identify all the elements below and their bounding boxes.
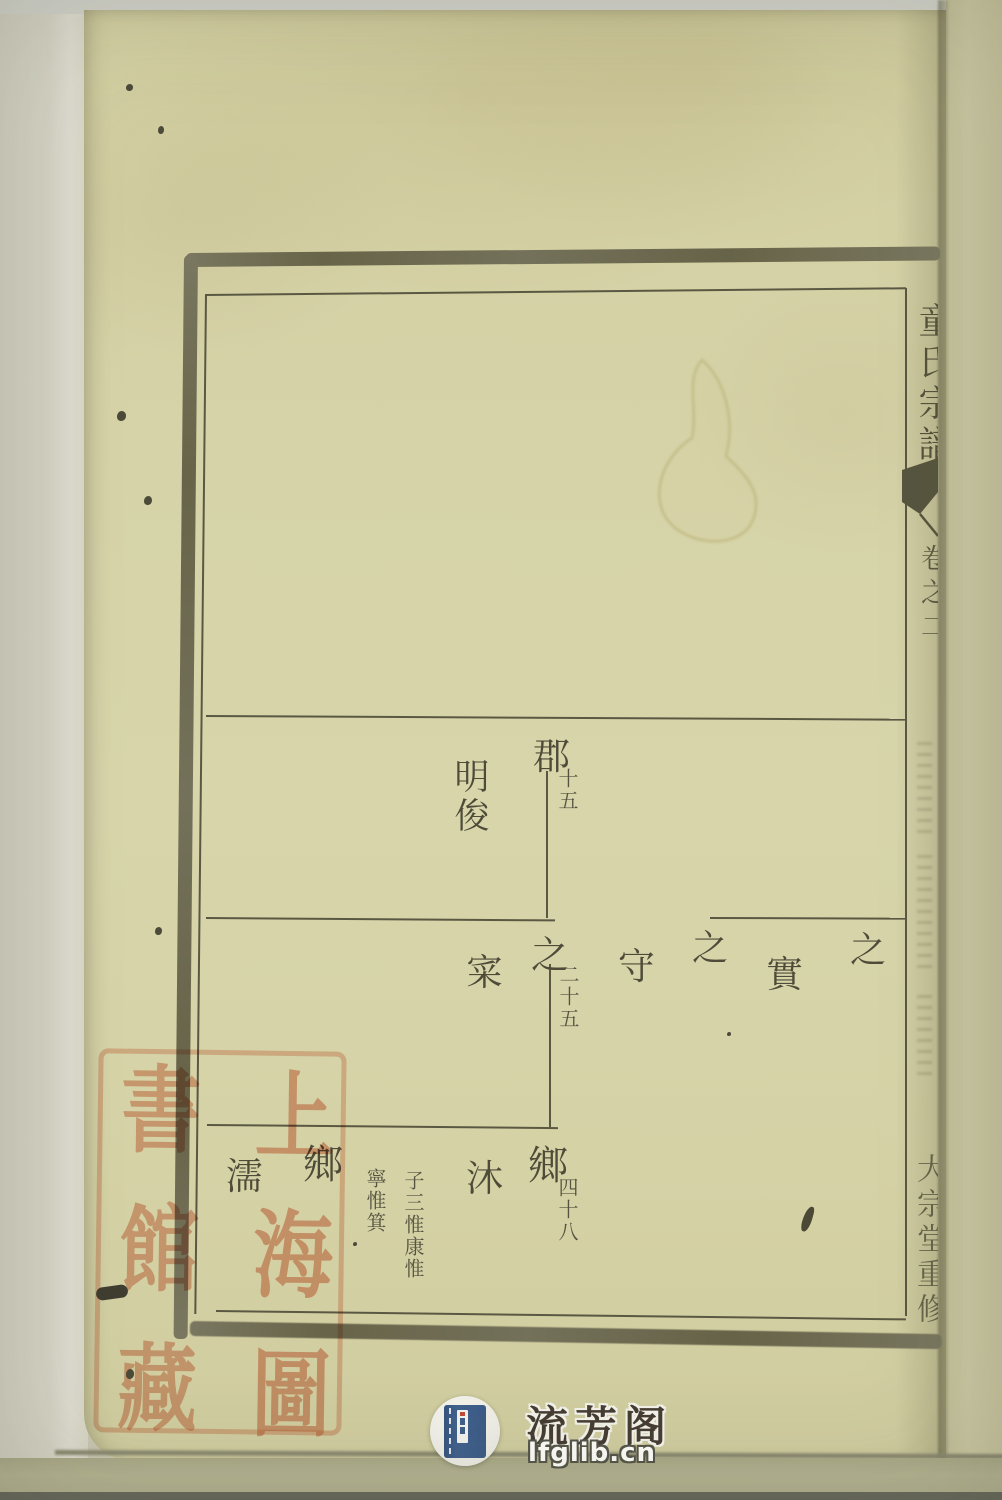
rank-number-upper: 十五 xyxy=(556,768,576,812)
name-low-1: 沐 xyxy=(466,1148,503,1202)
speck-8 xyxy=(353,1242,357,1246)
scanned-genealogy-page: 郡 十五 明俊 之 實 之 守 之 二十五 寀 鄉 四十八 沐 子三惟康惟 寧惟… xyxy=(0,0,1002,1500)
descent-line-middle xyxy=(549,964,551,1127)
fishtail-mark xyxy=(902,458,938,550)
rank-number-mid-3: 二十五 xyxy=(557,964,577,1030)
children-note-col1: 子三惟康惟 xyxy=(402,1170,422,1280)
imprint-label: 大宗堂重修 xyxy=(913,1153,938,1328)
name-mid-2: 守 xyxy=(618,936,655,990)
book-label-strip xyxy=(457,1410,468,1443)
book-stitch-line xyxy=(449,1408,451,1454)
speck-4 xyxy=(144,496,152,505)
faint-fold-text-3 xyxy=(917,995,932,1075)
seal-right-column: 上海圖 xyxy=(243,1065,328,1483)
faint-fold-text-1 xyxy=(917,742,932,837)
descent-line-upper xyxy=(546,771,548,918)
speck-7 xyxy=(727,1032,731,1036)
underlying-sheet-left xyxy=(0,0,88,1500)
speck-5 xyxy=(155,927,162,935)
name-mid-1: 實 xyxy=(766,944,803,998)
name-mid-3: 寀 xyxy=(466,942,503,996)
speck-6 xyxy=(126,1369,134,1379)
book-title: 童氏宗譜 xyxy=(916,302,938,466)
fold-column: 童氏宗譜 卷之二 大宗堂重修 xyxy=(902,250,938,1340)
adjacent-leaf-right xyxy=(946,0,1002,1500)
speck-1 xyxy=(126,84,133,91)
watermark-site-domain: lfglib.cn xyxy=(528,1438,656,1468)
speck-2 xyxy=(158,126,164,134)
volume-label: 卷之二 xyxy=(918,544,938,646)
book-icon xyxy=(444,1405,486,1458)
rank-number-low-1: 四十八 xyxy=(556,1177,576,1243)
faint-fold-text-2 xyxy=(917,855,932,975)
name-upper: 明俊 xyxy=(452,758,487,836)
water-stain xyxy=(640,350,800,565)
site-watermark: 流芳阁 lfglib.cn xyxy=(430,1394,690,1468)
rank-char-mid-2: 之 xyxy=(692,920,728,971)
photo-bottom-strip xyxy=(0,1492,1002,1500)
watermark-badge xyxy=(430,1396,500,1466)
speck-3 xyxy=(117,411,126,421)
rank-char-mid-1: 之 xyxy=(850,922,886,973)
children-note-col2: 寧惟箕 xyxy=(364,1168,384,1234)
page-right-edge xyxy=(938,0,948,1470)
seal-left-column: 書館藏 xyxy=(109,1060,194,1478)
